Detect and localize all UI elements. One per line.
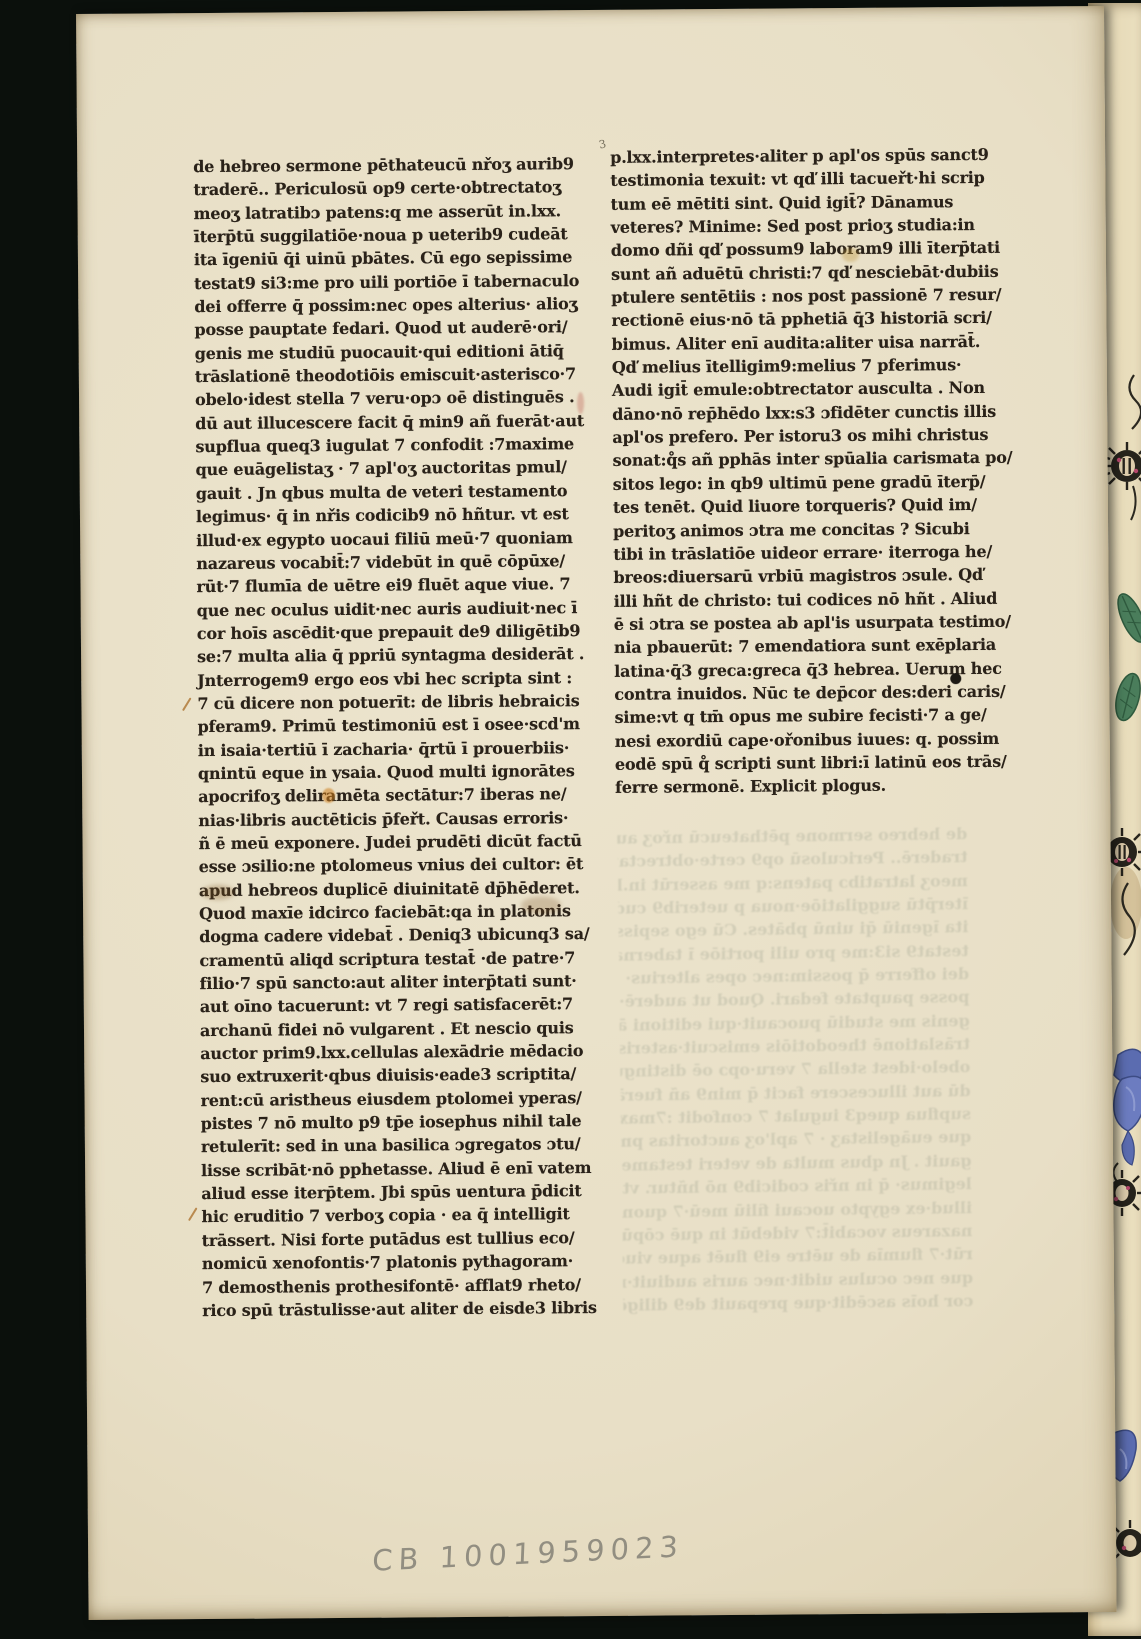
margin-slash-mark [188,1207,198,1221]
margin-slash-mark [182,697,192,711]
photographed-book-page: de hebreo sermone pēthateucū nřoʒ aurib9… [0,0,1141,1639]
green-leaf-icon [1112,671,1141,723]
stain [1110,867,1141,939]
stain [577,392,584,414]
text-column-right: p.lxx.interpretes·aliter p apl'os spūs s… [610,143,1015,800]
page-sheet: de hebreo sermone pēthateucū nřoʒ aurib9… [76,6,1117,1620]
rosette-flower-icon [1103,442,1141,520]
quire-mark: 3 [598,137,608,151]
showthrough-text: de hebreo sermone pēthateucū nřoʒ aurib9… [617,822,973,1321]
text-column-left: de hebreo sermone pēthateucū nřoʒ aurib9… [193,152,597,1322]
ink-blot [950,673,961,684]
pencil-shelfmark: CB 1001959023 [372,1529,685,1578]
squiggle-stem-icon [1129,375,1141,429]
stain [842,248,859,262]
blue-columbine-flower-icon [1113,1049,1141,1185]
stain [322,788,335,803]
green-leaf-icon [1112,590,1141,646]
